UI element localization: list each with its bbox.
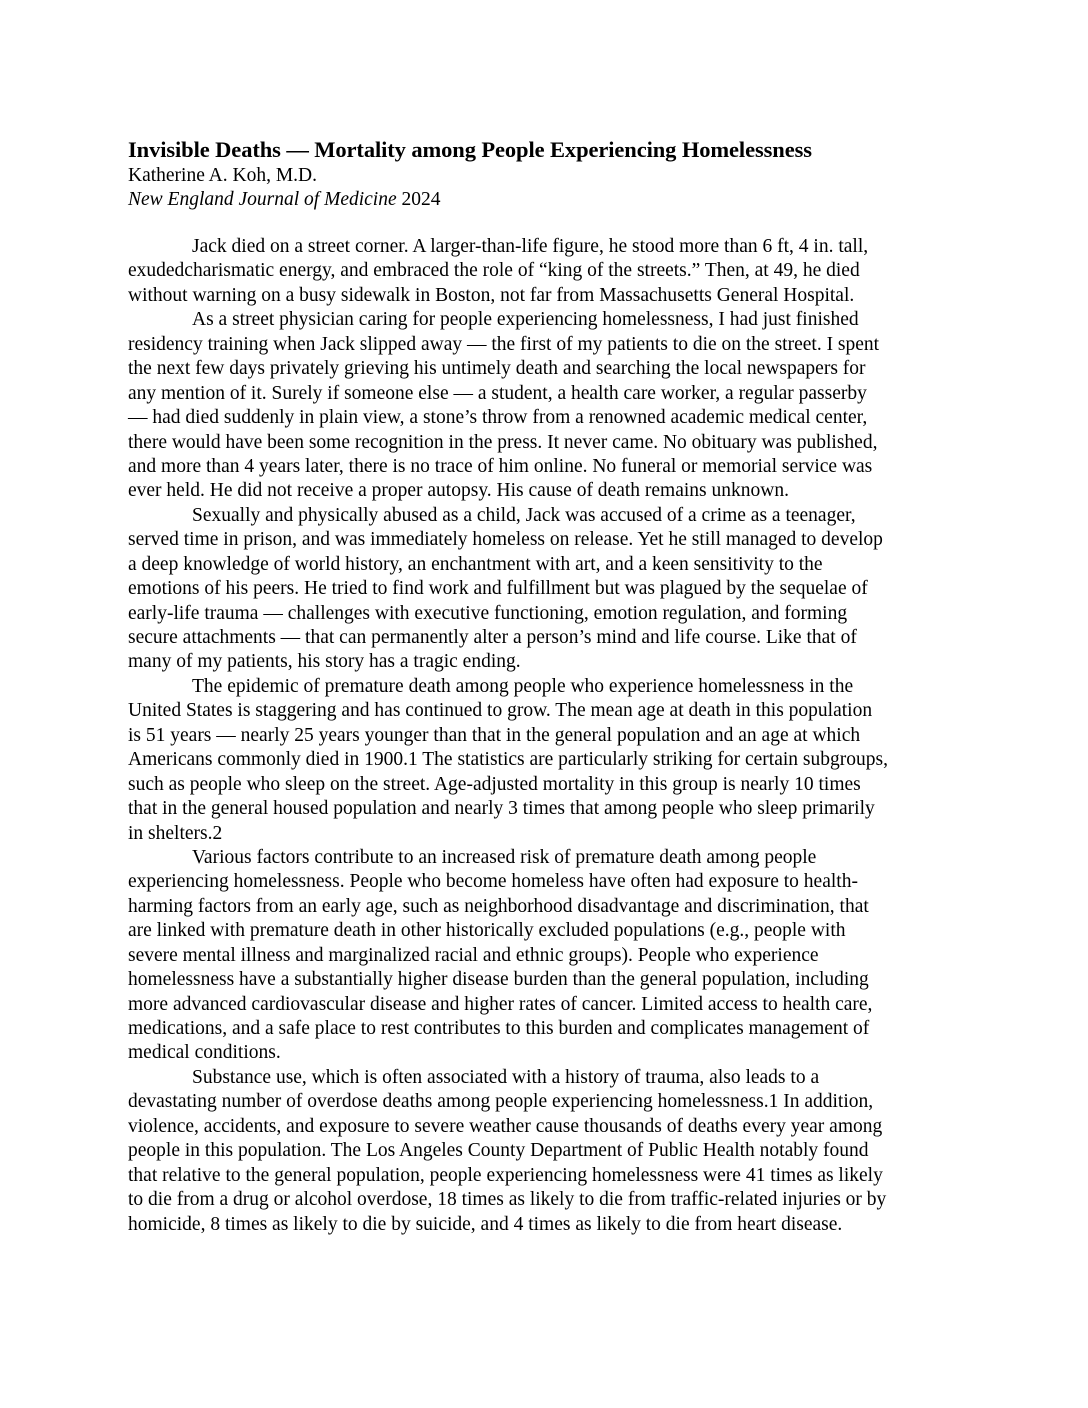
text-line: medications, and a safe place to rest co… [128,1017,968,1041]
text-line: there would have been some recognition i… [128,431,968,455]
text-line: Sexually and physically abused as a chil… [128,504,968,528]
text-line: severe mental illness and marginalized r… [128,944,968,968]
text-line: violence, accidents, and exposure to sev… [128,1115,968,1139]
text-line: Various factors contribute to an increas… [128,846,968,870]
text-line: harming factors from an early age, such … [128,895,968,919]
text-line: any mention of it. Surely if someone els… [128,382,968,406]
text-line: more advanced cardiovascular disease and… [128,993,968,1017]
text-line: that relative to the general population,… [128,1164,968,1188]
paragraph: As a street physician caring for people … [128,308,968,504]
text-line: homicide, 8 times as likely to die by su… [128,1213,968,1237]
text-line: early-life trauma — challenges with exec… [128,602,968,626]
text-line: devastating number of overdose deaths am… [128,1090,968,1114]
text-line: The epidemic of premature death among pe… [128,675,968,699]
text-line: United States is staggering and has cont… [128,699,968,723]
paragraph: The epidemic of premature death among pe… [128,675,968,846]
journal-citation: New England Journal of Medicine 2024 [128,188,441,212]
text-line: without warning on a busy sidewalk in Bo… [128,284,968,308]
text-line: that in the general housed population an… [128,797,968,821]
paragraph: Substance use, which is often associated… [128,1066,968,1237]
text-line: Substance use, which is often associated… [128,1066,968,1090]
paragraph: Sexually and physically abused as a chil… [128,504,968,675]
text-line: residency training when Jack slipped awa… [128,333,968,357]
text-line: many of my patients, his story has a tra… [128,650,968,674]
text-line: and more than 4 years later, there is no… [128,455,968,479]
publication-year: 2024 [402,189,441,210]
paragraph: Various factors contribute to an increas… [128,846,968,1066]
text-line: people in this population. The Los Angel… [128,1139,968,1163]
text-line: in shelters.2 [128,822,968,846]
author-byline: Katherine A. Koh, M.D. [128,164,317,188]
article-title: Invisible Deaths — Mortality among Peopl… [128,136,812,164]
text-line: experiencing homelessness. People who be… [128,870,968,894]
text-line: exudedcharismatic energy, and embraced t… [128,259,968,283]
text-line: secure attachments — that can permanentl… [128,626,968,650]
text-line: homelessness have a substantially higher… [128,968,968,992]
text-line: ever held. He did not receive a proper a… [128,479,968,503]
text-line: As a street physician caring for people … [128,308,968,332]
text-line: the next few days privately grieving his… [128,357,968,381]
text-line: Americans commonly died in 1900.1 The st… [128,748,968,772]
text-line: medical conditions. [128,1041,968,1065]
text-line: are linked with premature death in other… [128,919,968,943]
document-page: Invisible Deaths — Mortality among Peopl… [0,0,1088,1408]
journal-name: New England Journal of Medicine [128,189,397,210]
text-line: a deep knowledge of world history, an en… [128,553,968,577]
paragraph: Jack died on a street corner. A larger-t… [128,235,968,308]
text-line: such as people who sleep on the street. … [128,773,968,797]
text-line: is 51 years — nearly 25 years younger th… [128,724,968,748]
article-body: Jack died on a street corner. A larger-t… [128,235,968,1237]
text-line: — had died suddenly in plain view, a sto… [128,406,968,430]
text-line: Jack died on a street corner. A larger-t… [128,235,968,259]
text-line: to die from a drug or alcohol overdose, … [128,1188,968,1212]
text-line: emotions of his peers. He tried to find … [128,577,968,601]
text-line: served time in prison, and was immediate… [128,528,968,552]
